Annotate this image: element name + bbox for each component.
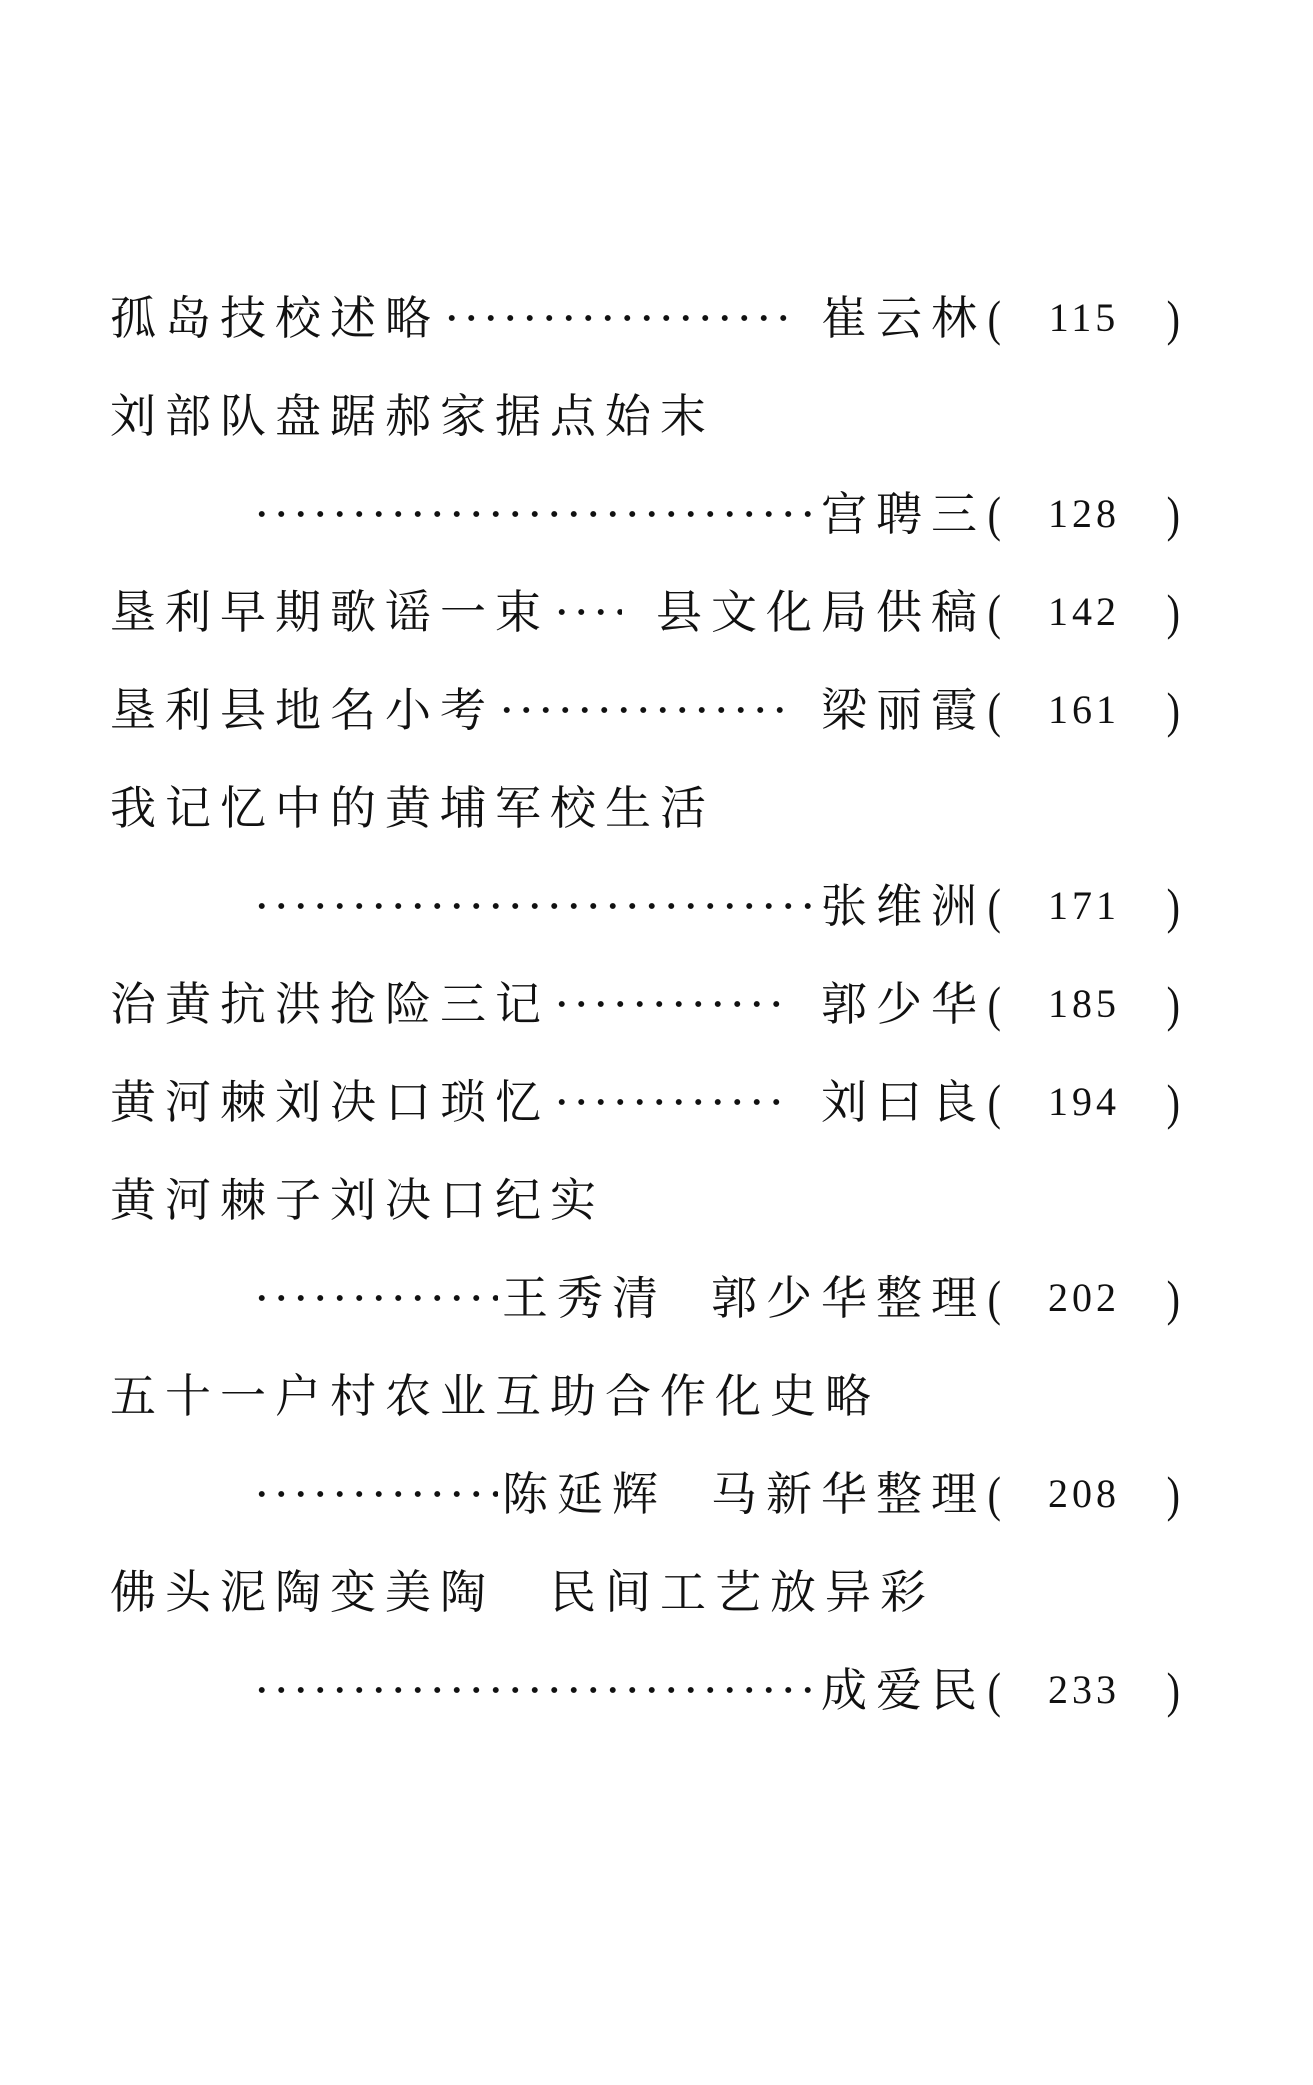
page-number: ( 194 ): [986, 1072, 1182, 1132]
entry-author: 梁丽霞: [821, 680, 986, 740]
entry-author: 郭少华: [821, 974, 986, 1034]
toc-entry-continuation[interactable]: 成爱民 ( 233 ): [250, 1660, 1182, 1720]
paren-open: (: [988, 1268, 1001, 1328]
entry-title: 黄河棘子刘决口纪实: [110, 1170, 605, 1230]
page-number-value: 161: [1048, 680, 1120, 740]
entry-title: 五十一户村农业互助合作化史略: [110, 1366, 880, 1426]
dot-leader: [252, 1268, 498, 1328]
paren-close: ): [1167, 1464, 1180, 1524]
entry-editor: 马新华整理: [711, 1467, 986, 1521]
paren-open: (: [988, 1072, 1001, 1132]
paren-close: ): [1167, 484, 1180, 544]
entry-title: 刘部队盘踞郝家据点始末: [110, 386, 715, 446]
toc-entry-continuation[interactable]: 宫聘三 ( 128 ): [250, 484, 1182, 544]
entry-author: 崔云林: [821, 288, 986, 348]
toc-entry-continuation[interactable]: 王秀清郭少华整理 ( 202 ): [250, 1268, 1182, 1328]
entry-author: 成爱民: [821, 1660, 986, 1720]
page-number: ( 208 ): [986, 1464, 1182, 1524]
dot-leader: [252, 876, 817, 936]
dot-leader: [552, 582, 622, 642]
page-number-value: 233: [1048, 1660, 1120, 1720]
page-number: ( 185 ): [986, 974, 1182, 1034]
paren-close: ): [1167, 288, 1180, 348]
page-number-value: 171: [1048, 876, 1120, 936]
toc-page: 孤岛技校述略 崔云林 ( 115 ) 刘部队盘踞郝家据点始末 宫聘三 ( 128…: [0, 0, 1313, 2085]
dot-leader: [497, 680, 787, 740]
paren-open: (: [988, 1660, 1001, 1720]
page-number-value: 115: [1049, 288, 1120, 348]
paren-close: ): [1167, 1072, 1180, 1132]
page-number: ( 142 ): [986, 582, 1182, 642]
dot-leader: [442, 288, 787, 348]
paren-open: (: [988, 680, 1001, 740]
paren-open: (: [988, 484, 1001, 544]
toc-entry-title-line[interactable]: 黄河棘子刘决口纪实: [110, 1170, 1182, 1230]
paren-close: ): [1167, 1268, 1180, 1328]
entry-author: 县文化局供稿: [656, 582, 986, 642]
paren-open: (: [988, 1464, 1001, 1524]
paren-open: (: [988, 974, 1001, 1034]
page-number: ( 171 ): [986, 876, 1182, 936]
page-number: ( 233 ): [986, 1660, 1182, 1720]
toc-entry[interactable]: 孤岛技校述略 崔云林 ( 115 ): [110, 288, 1182, 348]
toc-entry-title-line[interactable]: 我记忆中的黄埔军校生活: [110, 778, 1182, 838]
dot-leader: [252, 1660, 817, 1720]
entry-title: 佛头泥陶变美陶 民间工艺放异彩: [110, 1562, 935, 1622]
dot-leader: [252, 1464, 498, 1524]
entry-author: 王秀清: [502, 1271, 667, 1325]
paren-close: ): [1167, 876, 1180, 936]
toc-entry[interactable]: 垦利早期歌谣一束 县文化局供稿 ( 142 ): [110, 582, 1182, 642]
entry-title: 黄河棘刘决口琐忆: [110, 1072, 550, 1132]
paren-close: ): [1167, 582, 1180, 642]
page-number: ( 128 ): [986, 484, 1182, 544]
entry-author: 宫聘三: [821, 484, 986, 544]
toc-entry[interactable]: 黄河棘刘决口琐忆 刘曰良 ( 194 ): [110, 1072, 1182, 1132]
page-number-value: 202: [1048, 1268, 1120, 1328]
toc-entry-title-line[interactable]: 刘部队盘踞郝家据点始末: [110, 386, 1182, 446]
page-number-value: 185: [1048, 974, 1120, 1034]
toc-entry-title-line[interactable]: 佛头泥陶变美陶 民间工艺放异彩: [110, 1562, 1182, 1622]
page-number-value: 194: [1048, 1072, 1120, 1132]
paren-close: ): [1167, 974, 1180, 1034]
entry-title: 孤岛技校述略: [110, 288, 440, 348]
page-number-value: 208: [1048, 1464, 1120, 1524]
toc-entry-title-line[interactable]: 五十一户村农业互助合作化史略: [110, 1366, 1182, 1426]
paren-close: ): [1167, 1660, 1180, 1720]
paren-open: (: [988, 876, 1001, 936]
dot-leader: [552, 974, 787, 1034]
toc-entry[interactable]: 垦利县地名小考 梁丽霞 ( 161 ): [110, 680, 1182, 740]
dot-leader: [552, 1072, 787, 1132]
page-number: ( 202 ): [986, 1268, 1182, 1328]
entry-title: 治黄抗洪抢险三记: [110, 974, 550, 1034]
entry-author: 陈延辉: [502, 1467, 667, 1521]
toc-entry-continuation[interactable]: 张维洲 ( 171 ): [250, 876, 1182, 936]
entry-author: 张维洲: [821, 876, 986, 936]
entry-author-group: 陈延辉马新华整理: [502, 1464, 986, 1524]
toc-entry-continuation[interactable]: 陈延辉马新华整理 ( 208 ): [250, 1464, 1182, 1524]
paren-close: ): [1167, 680, 1180, 740]
entry-author-group: 王秀清郭少华整理: [502, 1268, 986, 1328]
entry-author: 刘曰良: [821, 1072, 986, 1132]
page-number-value: 142: [1048, 582, 1120, 642]
entry-title: 我记忆中的黄埔军校生活: [110, 778, 715, 838]
paren-open: (: [988, 288, 1001, 348]
page-number: ( 115 ): [986, 288, 1182, 348]
page-number-value: 128: [1048, 484, 1120, 544]
entry-title: 垦利县地名小考: [110, 680, 495, 740]
page-number: ( 161 ): [986, 680, 1182, 740]
entry-title: 垦利早期歌谣一束: [110, 582, 550, 642]
paren-open: (: [988, 582, 1001, 642]
entry-editor: 郭少华整理: [711, 1271, 986, 1325]
toc-entry[interactable]: 治黄抗洪抢险三记 郭少华 ( 185 ): [110, 974, 1182, 1034]
dot-leader: [252, 484, 817, 544]
